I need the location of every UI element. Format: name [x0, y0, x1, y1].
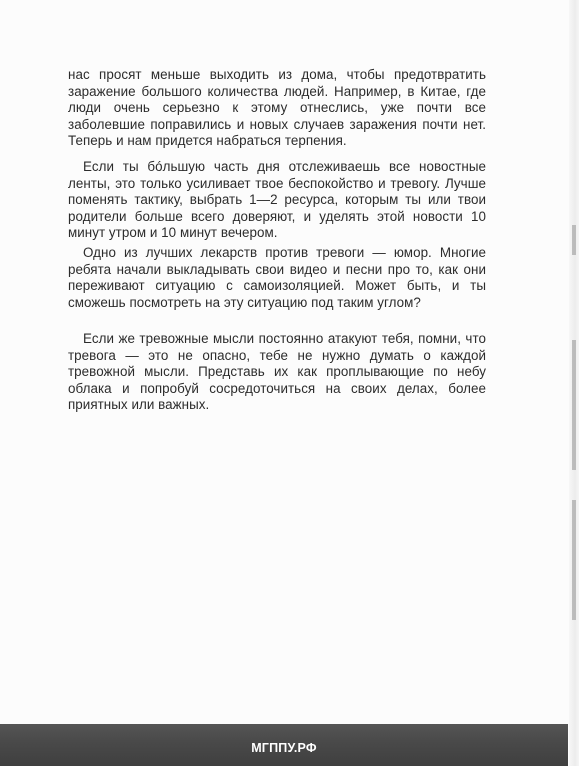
paragraph-text: нас просят меньше выходить из дома, чтоб… — [68, 67, 486, 150]
paragraph-humor: Одно из лучших лекарств против тревоги —… — [68, 245, 486, 311]
paragraph-news-feeds: Если ты бóльшую часть дня отслеживаешь в… — [68, 159, 486, 242]
scan-artifact — [572, 380, 576, 470]
scan-artifact — [572, 340, 576, 380]
scan-artifact — [572, 225, 576, 255]
paragraph-text: Одно из лучших лекарств против тревоги —… — [68, 245, 486, 311]
paragraph-anxious-thoughts: Если же тревожные мысли постоянно атакую… — [68, 331, 486, 414]
footer-site-link[interactable]: МГППУ.РФ — [251, 741, 317, 755]
paragraph-text: Если же тревожные мысли постоянно атакую… — [68, 331, 486, 414]
footer-bar: МГППУ.РФ — [0, 724, 568, 766]
scan-artifact — [572, 500, 576, 620]
document-page: нас просят меньше выходить из дома, чтоб… — [0, 0, 579, 766]
paragraph-continuation: нас просят меньше выходить из дома, чтоб… — [68, 67, 486, 150]
paragraph-text: Если ты бóльшую часть дня отслеживаешь в… — [68, 159, 486, 242]
